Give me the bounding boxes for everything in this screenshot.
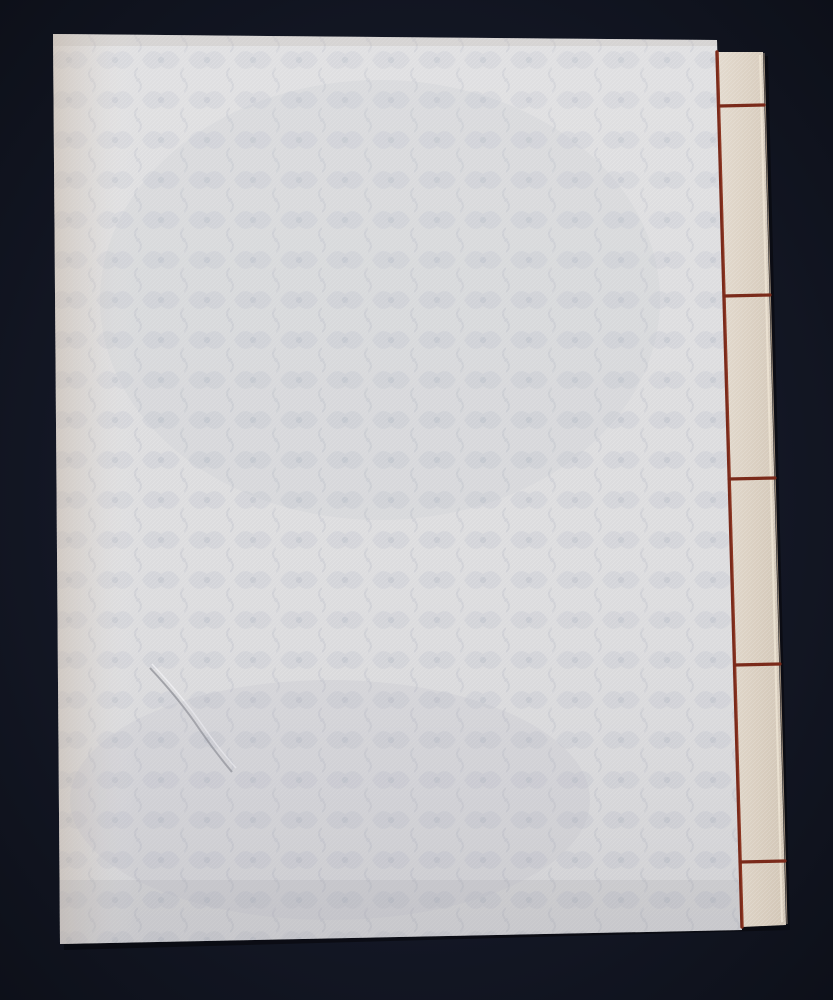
- stitch-3: [729, 478, 775, 479]
- stitch-1: [719, 105, 764, 106]
- stitch-5: [740, 861, 785, 862]
- stitch-4: [735, 664, 780, 665]
- book-illustration: [0, 0, 833, 1000]
- book-back-cover: Light silk-damask patterned book cover w…: [0, 0, 833, 1000]
- stitch-2: [724, 295, 770, 296]
